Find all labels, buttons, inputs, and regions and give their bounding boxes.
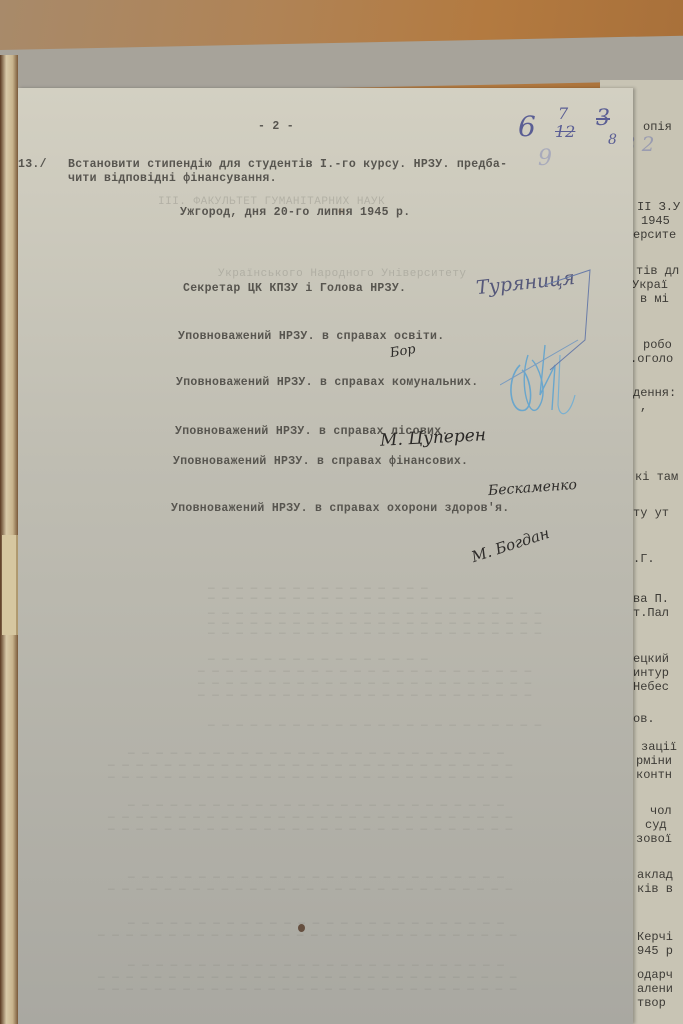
underlying-text-fragment: зової bbox=[636, 832, 672, 846]
signatory-title: Уповноважений НРЗУ. в справах охорони зд… bbox=[171, 502, 509, 515]
bleed-through-text: — — — — — — — — — — — — — — — — — — — — … bbox=[198, 678, 532, 690]
underlying-text-fragment: ов. bbox=[633, 712, 655, 726]
underlying-text-fragment: рміни bbox=[636, 754, 672, 768]
bleed-through-text: — — — — — — — — — — — — — — — — — — — — … bbox=[198, 690, 532, 702]
bleed-through-text: — — — — — — — — — — — — — — — — bbox=[208, 654, 428, 666]
bleed-through-text: — — — — — — — — — — — — — — — — — — — — … bbox=[108, 884, 513, 896]
underlying-text-fragment: 945 р bbox=[637, 944, 673, 958]
archive-number-suffix: 3 bbox=[596, 106, 610, 131]
bleed-through-text: — — — — — — — — — — — — — — — — — — — — … bbox=[108, 824, 513, 836]
handwritten-signature: М. Богдан bbox=[469, 524, 551, 566]
bleed-through-text: — — — — — — — — — — — — — — — — — — — — … bbox=[128, 960, 504, 972]
bleed-through-text: — — — — — — — — — — — — — — — — — — — — … bbox=[108, 812, 513, 824]
document-page: ІІІ. ФАКУЛЬТЕТ ГУМАНІТАРНИХ НАУК Українс… bbox=[18, 88, 633, 1024]
underlying-text-fragment: ту ут bbox=[633, 506, 669, 520]
underlying-text-fragment: дення: bbox=[633, 386, 676, 400]
bleed-through-text: — — — — — — — — — — — — — — — — — — — — … bbox=[108, 772, 513, 784]
binder-spine bbox=[0, 55, 18, 1024]
handwritten-signature: Бескаменко bbox=[488, 477, 578, 499]
bleed-through-text: — — — — — — — — — — — — — — — — — — — — … bbox=[98, 984, 517, 996]
underlying-text-fragment: чол bbox=[650, 804, 672, 818]
underlying-text-fragment: в мі bbox=[640, 292, 669, 306]
handwritten-signature: Бор bbox=[389, 342, 417, 361]
pencil-line-mark-icon bbox=[540, 260, 600, 380]
underlying-text-fragment: опія bbox=[643, 120, 672, 134]
underlying-text-fragment: одарч bbox=[637, 968, 673, 982]
bleed-through-text: — — — — — — — — — — — — — — — — — — — — … bbox=[128, 872, 504, 884]
bleed-through-text: — — — — — — — — — — — — — — — — — — — — … bbox=[208, 720, 542, 732]
underlying-text-fragment: II З.У bbox=[637, 200, 680, 214]
underlying-text-fragment: интур bbox=[633, 666, 669, 680]
underlying-text-fragment: Украї bbox=[632, 278, 668, 292]
underlying-text-fragment: т.Пал bbox=[633, 606, 669, 620]
underlying-text-fragment: суд bbox=[645, 818, 667, 832]
underlying-text-fragment: ецкий bbox=[633, 652, 669, 666]
underlying-text-fragment: алени bbox=[637, 982, 673, 996]
bleed-through-text: — — — — — — — — — — — — — — — — — — — — … bbox=[208, 628, 542, 640]
underlying-text-fragment: , bbox=[640, 400, 647, 414]
spine-tab bbox=[2, 535, 18, 635]
bleed-through-text: — — — — — — — — — — — — — — — — — — — — … bbox=[98, 972, 517, 984]
underlying-text-fragment: ків в bbox=[637, 882, 673, 896]
handwritten-signature: М. Цуперен bbox=[380, 425, 487, 451]
bleed-through-text: — — — — — — — — — — — — — — — — — — — — … bbox=[128, 918, 504, 930]
paper-stain bbox=[298, 924, 305, 932]
underlying-text-fragment: аклад bbox=[637, 868, 673, 882]
bleed-through-text: — — — — — — — — — — — — — — — — — — — — … bbox=[128, 748, 504, 760]
bleed-through-text: — — — — — — — — — — — — — — — — — — — — … bbox=[208, 593, 513, 605]
page-number: - 2 - bbox=[258, 120, 294, 133]
archive-number-fraction-top: 7 bbox=[558, 104, 568, 123]
archive-number-main: 6 bbox=[518, 110, 536, 143]
underlying-text-fragment: .Г. bbox=[633, 552, 655, 566]
underlying-text-fragment: робо bbox=[643, 338, 672, 352]
underlying-text-fragment: контн bbox=[636, 768, 672, 782]
archive-number-extra: 9 bbox=[538, 146, 552, 171]
underlying-text-fragment: твор bbox=[637, 996, 666, 1010]
item-text-line1: Встановити стипендію для студентів І.-го… bbox=[68, 158, 507, 171]
archive-number-sub: 8 bbox=[608, 132, 617, 148]
bleed-through-text: — — — — — — — — — — — — — — — — — — — — … bbox=[128, 800, 504, 812]
signatory-title: Уповноважений НРЗУ. в справах фінансових… bbox=[173, 455, 468, 468]
underlying-text-fragment: 1945 bbox=[641, 214, 670, 228]
underlying-text-fragment: Керчі bbox=[637, 930, 673, 944]
bleed-through-text: Українського Народного Університету bbox=[218, 268, 467, 280]
bleed-through-text: — — — — — — — — — — — — — — — — — — — — … bbox=[108, 760, 513, 772]
bleed-through-text: — — — — — — — — — — — — — — — — — — — — … bbox=[198, 666, 532, 678]
place-date: Ужгород, дня 20-го липня 1945 р. bbox=[180, 206, 410, 219]
bleed-through-text: — — — — — — — — — — — — — — — — — — — — … bbox=[98, 930, 517, 942]
item-text-line2: чити відповідні фінансування. bbox=[68, 172, 277, 185]
underlying-text-fragment: .оголо bbox=[630, 352, 673, 366]
underlying-text-fragment: Небес bbox=[633, 680, 669, 694]
signatory-title: Секретар ЦК КПЗУ і Голова НРЗУ. bbox=[183, 282, 406, 295]
underlying-text-fragment: зації bbox=[641, 740, 677, 754]
underlying-text-fragment: тів дл bbox=[636, 264, 679, 278]
signatory-title: Уповноважений НРЗУ. в справах комунальни… bbox=[176, 376, 478, 389]
archive-number-fraction-bottom: 12 bbox=[555, 122, 575, 141]
underlying-text-fragment: ерсите bbox=[633, 228, 676, 242]
underlying-text-fragment: кі там bbox=[635, 470, 678, 484]
signatory-title: Уповноважений НРЗУ. в справах освіти. bbox=[178, 330, 444, 343]
item-number: 13./ bbox=[18, 158, 47, 171]
underlying-text-fragment: ва П. bbox=[633, 592, 669, 606]
